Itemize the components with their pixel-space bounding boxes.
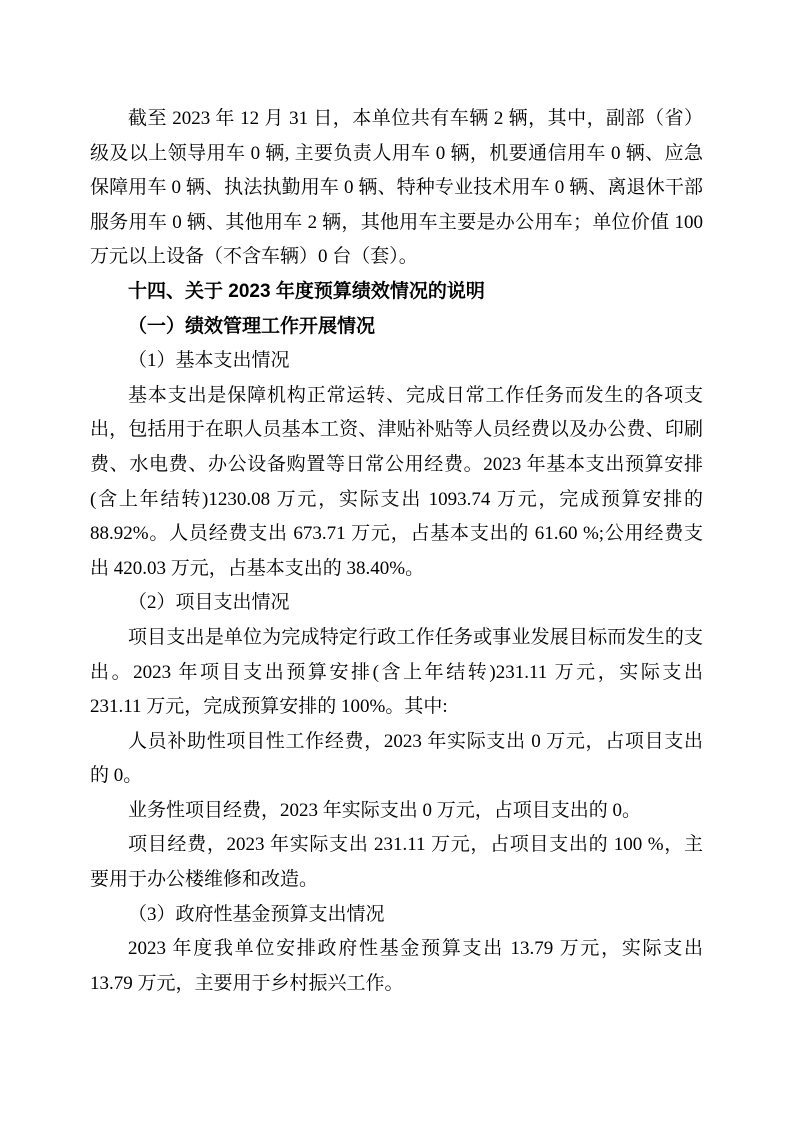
- body-text-line: 项目经费，2023 年实际支出 231.11 万元，占项目支出的 100 %，主: [90, 828, 703, 863]
- body-text-line: 保障用车 0 辆、执法执勤用车 0 辆、特种专业技术用车 0 辆、离退休干部: [90, 171, 703, 206]
- body-text-line: 出 420.03 万元，占基本支出的 38.40%。: [90, 552, 703, 587]
- body-text-line: (含上年结转)1230.08 万元，实际支出 1093.74 万元，完成预算安排…: [90, 483, 703, 518]
- heading-performance-management: （一）绩效管理工作开展情况: [90, 310, 703, 345]
- body-text-line: 服务用车 0 辆、其他用车 2 辆，其他用车主要是办公用车；单位价值 100: [90, 206, 703, 241]
- body-text-line: 出，包括用于在职人员基本工资、津贴补贴等人员经费以及办公费、印刷: [90, 413, 703, 448]
- body-text-line: 万元以上设备（不含车辆）0 台（套）。: [90, 240, 703, 275]
- subheading-govt-fund-expenditure: （3）政府性基金预算支出情况: [90, 898, 703, 933]
- body-text-line: 2023 年度我单位安排政府性基金预算支出 13.79 万元，实际支出: [90, 932, 703, 967]
- body-text-line: 人员补助性项目性工作经费，2023 年实际支出 0 万元，占项目支出: [90, 725, 703, 760]
- heading-section-14: 十四、关于 2023 年度预算绩效情况的说明: [90, 275, 703, 310]
- subheading-project-expenditure: （2）项目支出情况: [90, 586, 703, 621]
- body-text-line: 基本支出是保障机构正常运转、完成日常工作任务而发生的各项支: [90, 379, 703, 414]
- body-text-line: 要用于办公楼维修和改造。: [90, 863, 703, 898]
- body-text-line: 13.79 万元，主要用于乡村振兴工作。: [90, 967, 703, 1002]
- body-text-line: 出。2023 年项目支出预算安排(含上年结转)231.11 万元，实际支出: [90, 656, 703, 691]
- body-text-line: 业务性项目经费，2023 年实际支出 0 万元，占项目支出的 0。: [90, 794, 703, 829]
- document-page: 截至 2023 年 12 月 31 日，本单位共有车辆 2 辆，其中，副部（省）…: [0, 0, 793, 1122]
- body-text-line: 88.92%。人员经费支出 673.71 万元，占基本支出的 61.60 %;公…: [90, 517, 703, 552]
- body-text-line: 级及以上领导用车 0 辆, 主要负责人用车 0 辆，机要通信用车 0 辆、应急: [90, 137, 703, 172]
- body-text-line: 费、水电费、办公设备购置等日常公用经费。2023 年基本支出预算安排: [90, 448, 703, 483]
- body-text-line: 的 0。: [90, 759, 703, 794]
- body-text-line: 截至 2023 年 12 月 31 日，本单位共有车辆 2 辆，其中，副部（省）: [90, 102, 703, 137]
- body-text-line: 项目支出是单位为完成特定行政工作任务或事业发展目标而发生的支: [90, 621, 703, 656]
- subheading-basic-expenditure: （1）基本支出情况: [90, 344, 703, 379]
- body-text-line: 231.11 万元，完成预算安排的 100%。其中:: [90, 690, 703, 725]
- text-block: 截至 2023 年 12 月 31 日，本单位共有车辆 2 辆，其中，副部（省）…: [90, 102, 703, 1001]
